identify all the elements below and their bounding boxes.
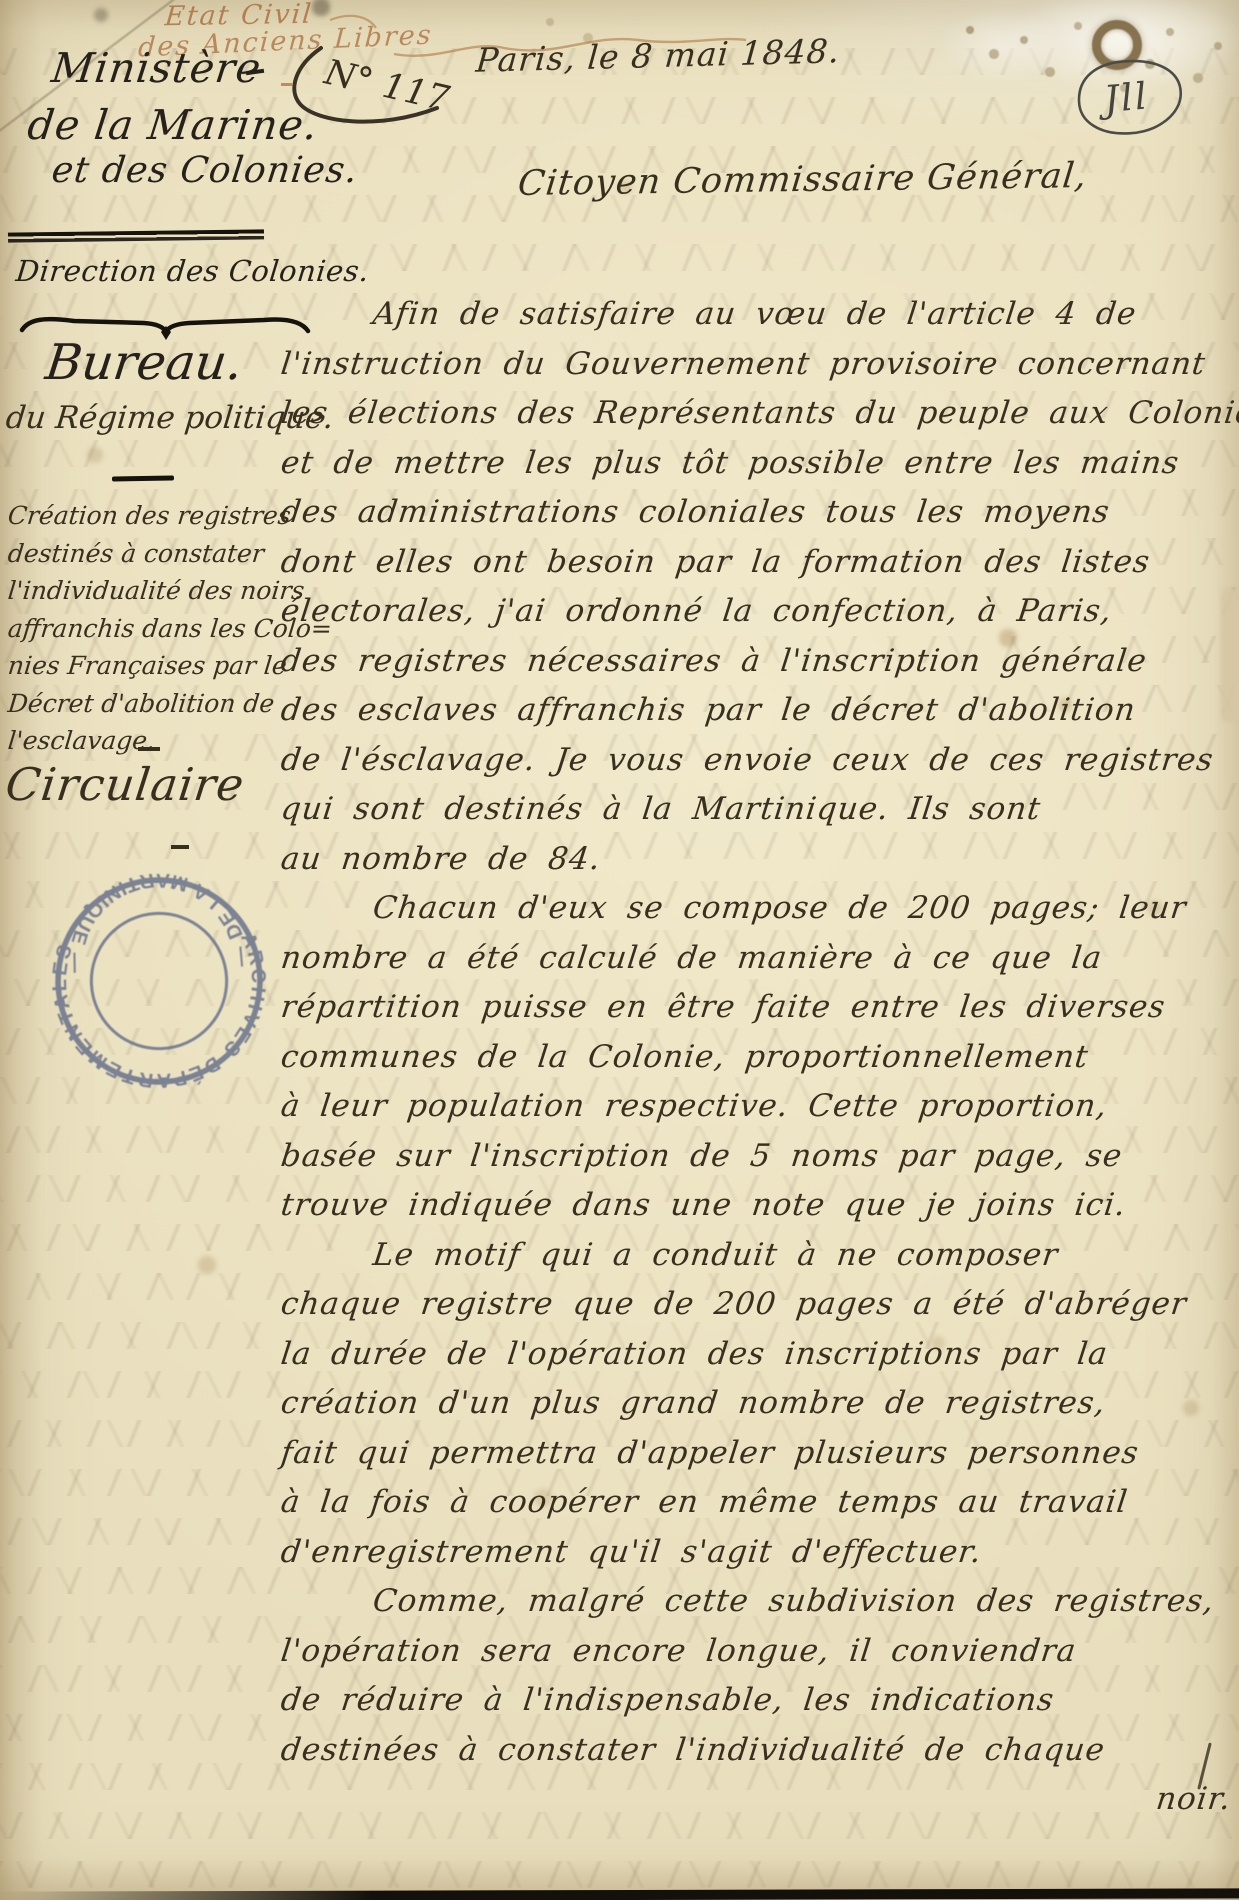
stain-speckles xyxy=(0,0,4,4)
margin-note-line: l'individualité des noirs xyxy=(6,572,320,610)
body-line: Comme, malgré cette subdivision des regi… xyxy=(278,1577,1236,1627)
circulaire-dash xyxy=(171,845,189,849)
body-line: destinées à constater l'individualité de… xyxy=(278,1726,1236,1776)
body-line: à la fois à coopérer en même temps au tr… xyxy=(278,1478,1236,1528)
margin-note-line: Création des registres xyxy=(6,497,320,535)
body-line: l'instruction du Gouvernement provisoire… xyxy=(278,340,1236,390)
body-line: communes de la Colonie, proportionnellem… xyxy=(278,1033,1236,1083)
letter-body: Afin de satisfaire au vœu de l'article 4… xyxy=(278,290,1230,1825)
body-line: Chacun d'eux se compose de 200 pages; le… xyxy=(278,884,1236,934)
body-line: qui sont destinés à la Martinique. Ils s… xyxy=(278,785,1236,835)
body-line: la durée de l'opération des inscriptions… xyxy=(278,1330,1236,1380)
body-line: des registres nécessaires à l'inscriptio… xyxy=(278,637,1236,687)
body-line: l'opération sera encore longue, il convi… xyxy=(278,1627,1236,1677)
margin-note-line: Décret d'abolition de xyxy=(6,685,320,723)
pencil-initials-oval: Jll xyxy=(1068,54,1194,144)
body-line: nombre a été calculé de manière à ce que… xyxy=(278,934,1236,984)
body-line: au nombre de 84. xyxy=(278,835,1236,885)
bureau-heading: Bureau. xyxy=(43,334,246,391)
scan-edge-bottom xyxy=(0,1888,1239,1900)
body-line: fait qui permettra d'appeler plusieurs p… xyxy=(278,1429,1236,1479)
margin-note-line: nies Françaises par le xyxy=(6,647,320,685)
body-line: à leur population respective. Cette prop… xyxy=(278,1082,1236,1132)
body-line: d'enregistrement qu'il s'agit d'effectue… xyxy=(278,1528,1236,1578)
body-line: de réduire à l'indispensable, les indica… xyxy=(278,1676,1236,1726)
body-line: et de mettre les plus tôt possible entre… xyxy=(278,439,1236,489)
body-line: chaque registre que de 200 pages a été d… xyxy=(278,1280,1236,1330)
dateline: Paris, le 8 mai 1848. xyxy=(475,31,842,80)
double-rule xyxy=(8,229,264,242)
body-line: Afin de satisfaire au vœu de l'article 4… xyxy=(278,290,1236,340)
margin-dash xyxy=(138,747,160,751)
body-line: dont elles ont besoin par la formation d… xyxy=(278,538,1236,588)
letterhead-line2: de la Marine. xyxy=(25,101,321,149)
short-rule xyxy=(112,475,174,481)
body-line: basée sur l'inscription de 5 noms par pa… xyxy=(278,1132,1236,1182)
scanned-letter-page: Etat Civil des Anciens Libres N° 117 Par… xyxy=(0,0,1239,1900)
body-line: trouve indiquée dans une note que je joi… xyxy=(278,1181,1236,1231)
margin-note-line: affranchis dans les Colo= xyxy=(6,610,320,648)
body-line: Le motif qui a conduit à ne composer xyxy=(278,1231,1236,1281)
archives-stamp: ARCHIVES DÉPARTEMENTALES — DE LA MARTINI… xyxy=(52,874,266,1088)
letterhead-line1: Ministère xyxy=(49,44,264,92)
registry-number: N° 117 xyxy=(320,52,454,120)
margin-note-line: l'esclavage. xyxy=(6,722,320,760)
red-check-mark xyxy=(281,83,292,86)
body-line: électorales, j'ai ordonné la confection,… xyxy=(278,587,1236,637)
stamp-inner-ring xyxy=(88,910,230,1052)
body-line: répartition puisse en être faite entre l… xyxy=(278,983,1236,1033)
direction-heading: Direction des Colonies. xyxy=(14,254,371,288)
catchword: noir. xyxy=(278,1775,1236,1825)
body-line: des administrations coloniales tous les … xyxy=(278,488,1236,538)
salutation: Citoyen Commissaire Général, xyxy=(516,156,1089,204)
body-line: les élections des Représentants du peupl… xyxy=(278,389,1236,439)
margin-note-line: destinés à constater xyxy=(6,535,320,573)
doc-type-label: Circulaire xyxy=(3,758,248,811)
letterhead-line3: et des Colonies. xyxy=(49,150,360,191)
body-line: de l'ésclavage. Je vous envoie ceux de c… xyxy=(278,736,1236,786)
pencil-initials: Jll xyxy=(1095,74,1150,121)
top-right-stain-small xyxy=(938,8,1068,84)
body-line: des esclaves affranchis par le décret d'… xyxy=(278,686,1236,736)
body-line: création d'un plus grand nombre de regis… xyxy=(278,1379,1236,1429)
margin-note: Création des registresdestinés à constat… xyxy=(6,497,316,760)
